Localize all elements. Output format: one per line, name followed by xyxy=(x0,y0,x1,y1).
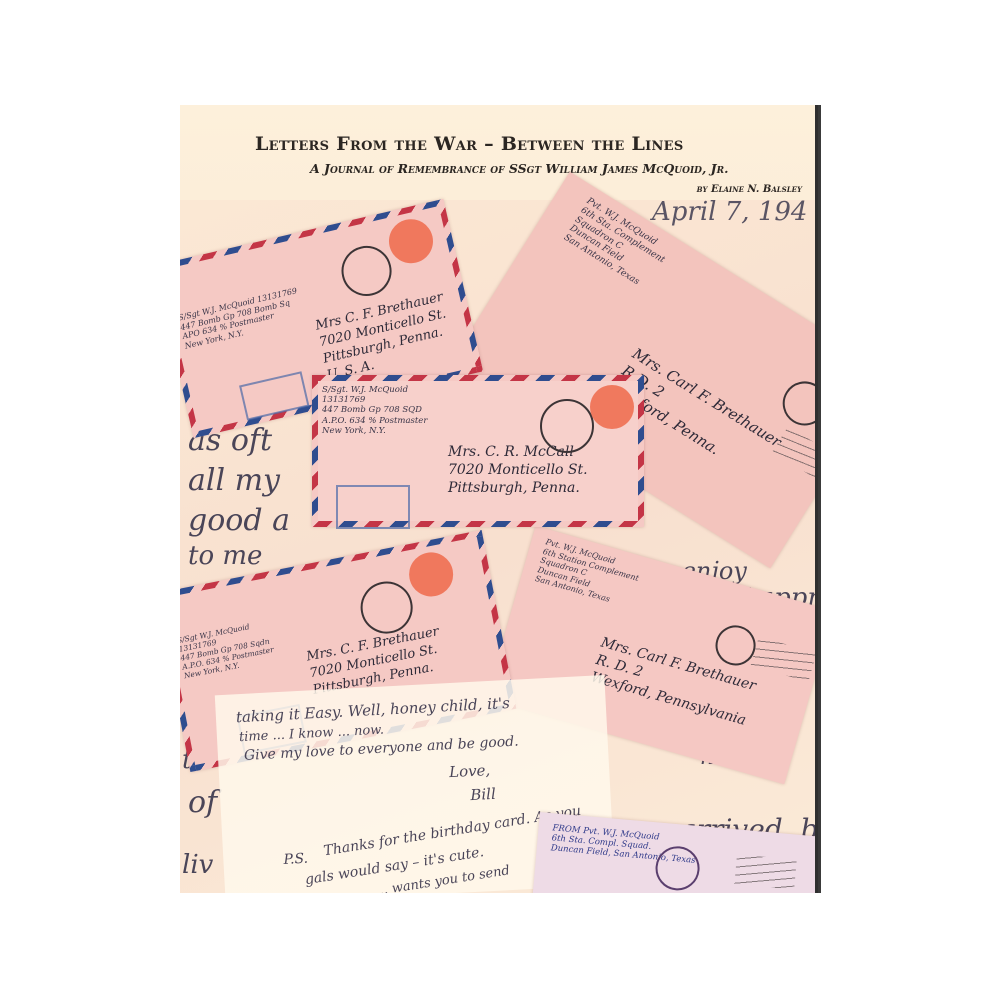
return-address: S/Sgt W.J. McQuoid 13131769 447 Bomb Gp … xyxy=(180,286,305,351)
censor-stamp xyxy=(239,371,309,420)
censor-stamp xyxy=(336,485,410,529)
book-subtitle: A Journal of Remembrance of SSgt William… xyxy=(310,161,728,176)
airmail-stamp xyxy=(385,215,438,268)
recipient-address: Mrs C. F. Brethauer 7020 Monticello St. … xyxy=(314,290,456,385)
cover-edge xyxy=(815,105,818,893)
postmark xyxy=(774,373,821,434)
envelope-airmail: S/Sgt. W.J. McQuoid 13131769 447 Bomb Gp… xyxy=(312,375,644,527)
postmark xyxy=(540,399,594,453)
note-signature: Bill xyxy=(470,785,496,804)
title-block: Letters From the War – Between the Lines… xyxy=(180,105,818,205)
note-line: taking it Easy. Well, honey child, it's xyxy=(235,694,510,726)
airmail-stamp xyxy=(405,549,457,601)
airmail-stamp xyxy=(590,385,634,429)
cancellation-lines xyxy=(751,637,817,682)
letter-date: April 7, 194 xyxy=(652,197,807,227)
letter-line: to me xyxy=(188,541,262,571)
return-address: S/Sgt W.J. McQuoid 13131769 447 Bomb Gp … xyxy=(180,618,276,680)
letter-line: of xyxy=(188,785,217,820)
book-cover: Letters From the War – Between the Lines… xyxy=(180,105,821,893)
letter-line: good a xyxy=(188,503,290,538)
letter-line: liv xyxy=(182,850,213,880)
letter-line: all my xyxy=(188,463,280,498)
postmark xyxy=(337,241,397,301)
book-title: Letters From the War – Between the Lines xyxy=(255,133,684,155)
note-signoff: Love, xyxy=(449,761,491,781)
book-author: by Elaine N. Balsley xyxy=(697,184,802,195)
ps-line: P.S. xyxy=(283,851,308,868)
return-address: S/Sgt. W.J. McQuoid 13131769 447 Bomb Gp… xyxy=(322,385,427,436)
cancellation-lines xyxy=(734,854,796,889)
